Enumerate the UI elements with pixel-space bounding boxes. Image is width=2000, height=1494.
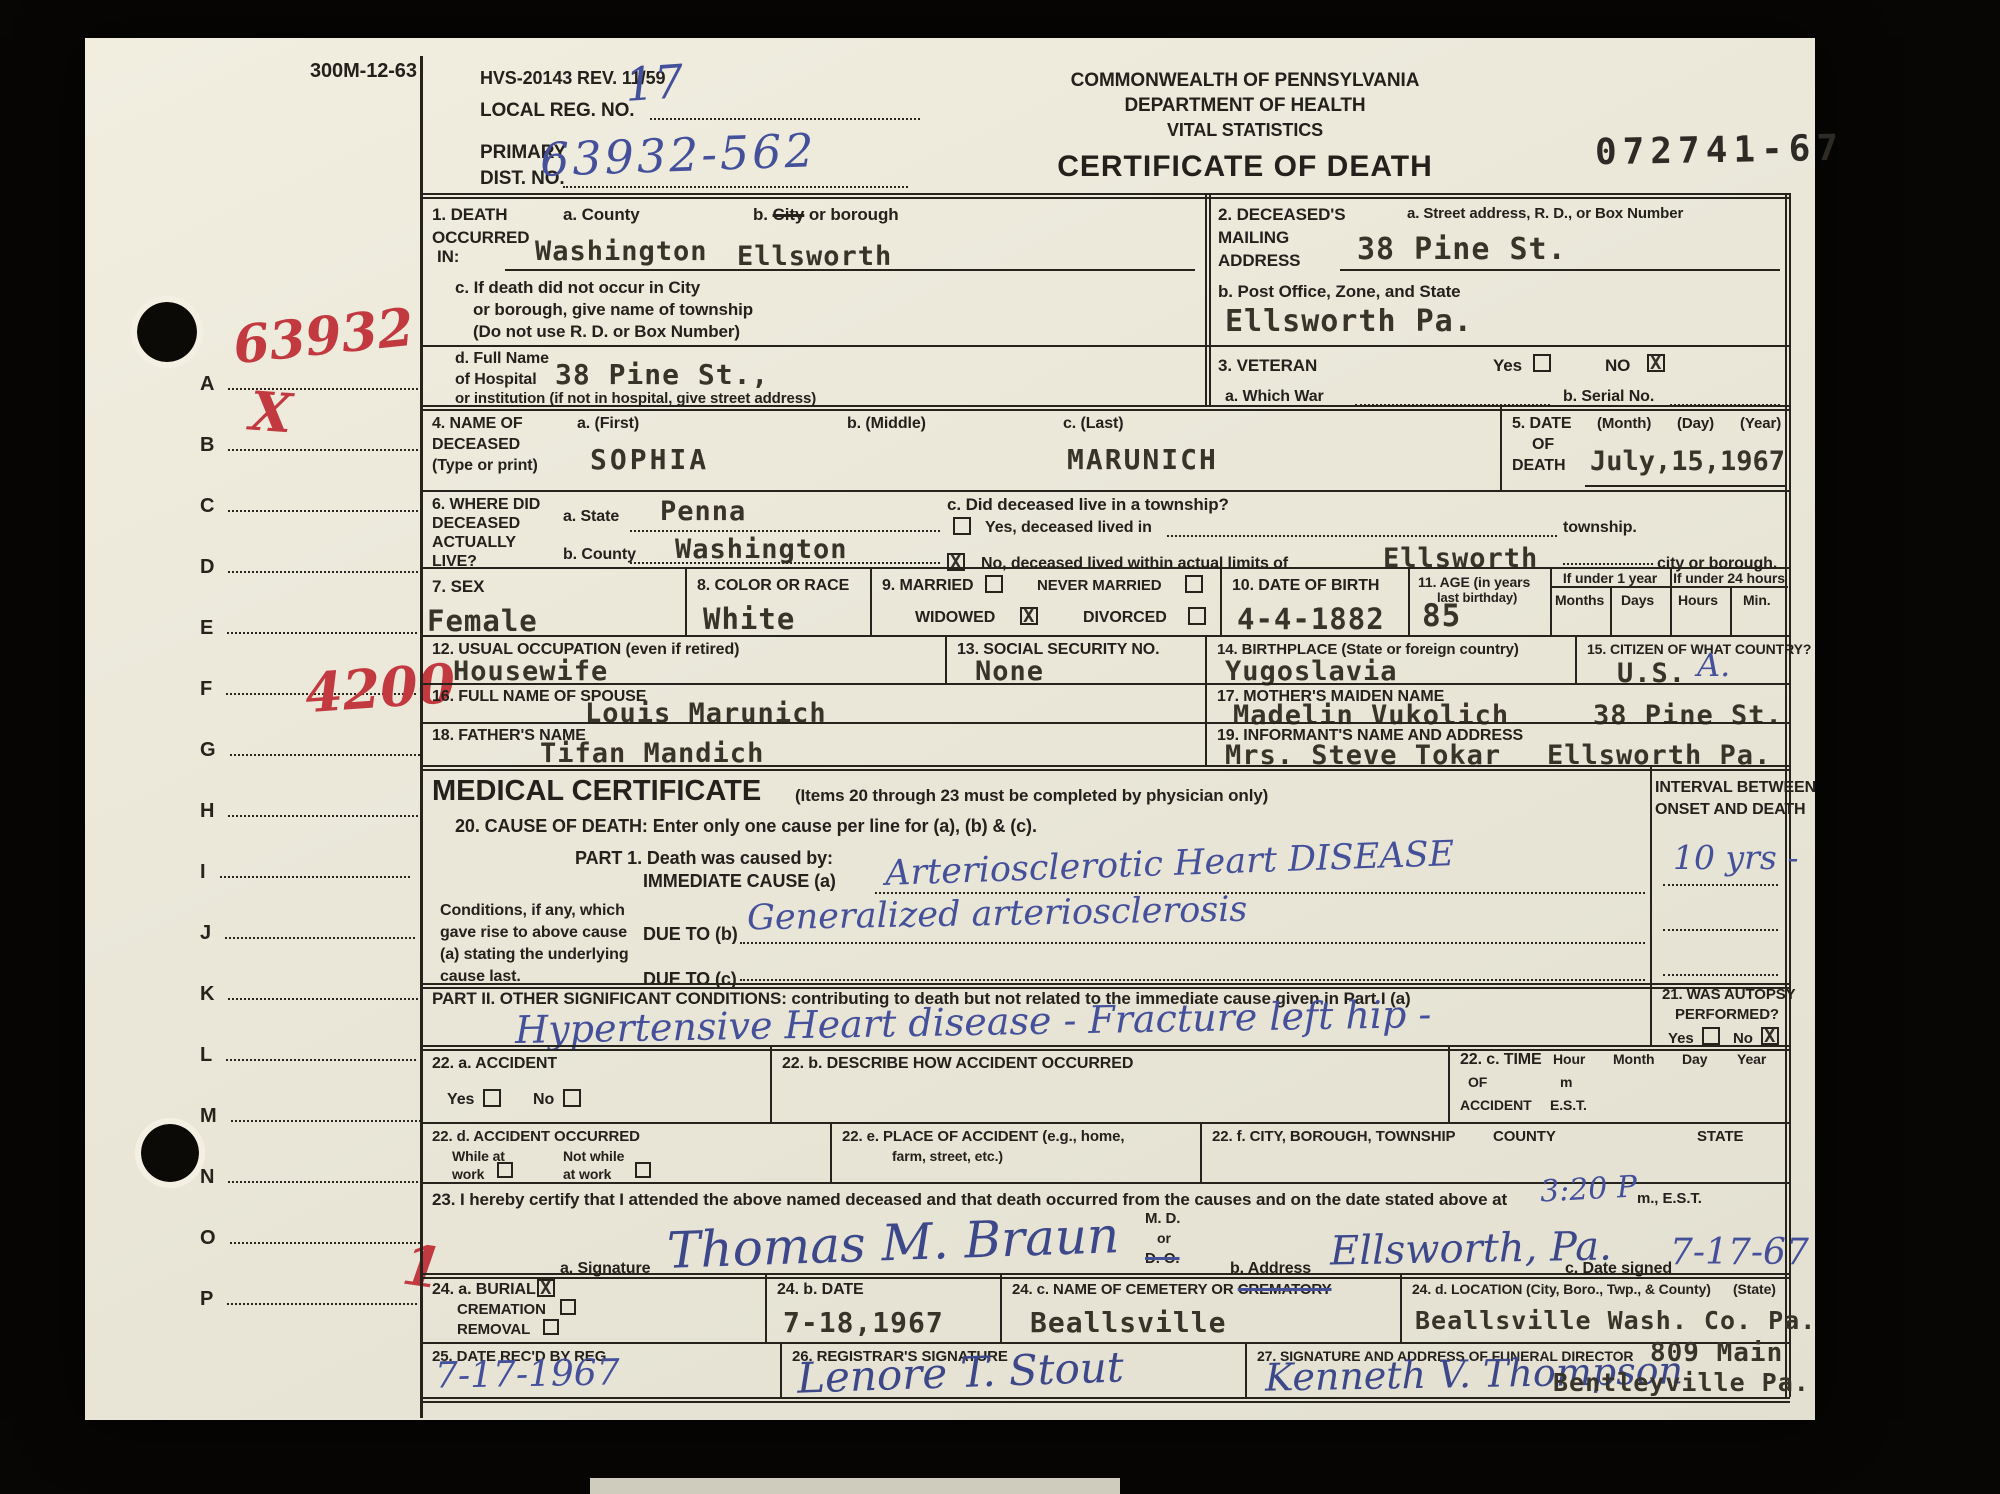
s1-number: 1. DEATH [432, 205, 507, 225]
s2a-label: a. Street address, R. D., or Box Number [1407, 205, 1683, 222]
s1-occurred: OCCURRED [432, 228, 529, 248]
margin-dotted-line [227, 619, 417, 634]
s2-mailing: MAILING [1218, 228, 1289, 248]
autopsy-yes-checkbox [1702, 1027, 1720, 1045]
checkbox-x-mark: X [1023, 605, 1034, 627]
next-page-edge [590, 1478, 1120, 1494]
rule [1408, 567, 1410, 635]
margin-row-m: M [200, 1105, 421, 1128]
s24c-label: 24. c. NAME OF CEMETERY OR CREMATORY [1012, 1281, 1332, 1298]
s22e-label1: 22. e. PLACE OF ACCIDENT (e.g., home, [842, 1128, 1124, 1145]
s2-address: ADDRESS [1218, 251, 1300, 271]
s24-cremation-label: CREMATION [457, 1301, 546, 1318]
rule [420, 490, 1790, 492]
margin-row-a: A [200, 373, 418, 396]
s9-divorced-label: DIVORCED [1083, 609, 1167, 627]
s22b-label: 22. b. DESCRIBE HOW ACCIDENT OCCURRED [782, 1055, 1133, 1073]
s23-time-handwritten: 3:20 P [1539, 1169, 1638, 1209]
s4b-label: b. (Middle) [847, 415, 926, 433]
margin-row-o: O [200, 1227, 420, 1250]
punch-hole-top [137, 302, 197, 362]
s5-year: (Year) [1740, 415, 1781, 432]
dist-no-handwritten: 63932-562 [539, 123, 817, 187]
s3-yes-label: Yes [1493, 356, 1522, 376]
margin-letter: O [200, 1227, 216, 1249]
s20-label: 20. CAUSE OF DEATH: Enter only one cause… [455, 816, 1037, 837]
dotted-line [740, 979, 1645, 981]
s6a-label: a. State [563, 508, 619, 526]
rule [420, 1273, 1790, 1279]
checkbox-x-mark: X [1764, 1025, 1775, 1047]
s1c-line1: c. If death did not occur in City [455, 278, 700, 298]
margin-letter: J [200, 922, 211, 944]
checkbox-x-mark: X [540, 1277, 551, 1299]
margin-letter: H [200, 800, 214, 822]
rule [420, 765, 1790, 771]
margin-letter: F [200, 678, 212, 700]
dotted-line [740, 942, 1645, 944]
s1b-struck-city: City [773, 205, 805, 224]
s24d-label: 24. d. LOCATION (City, Boro., Twp., & Co… [1412, 1281, 1711, 1297]
s22c-month: Month [1613, 1051, 1654, 1067]
s1d-line2: of Hospital [455, 371, 537, 389]
s2-number: 2. DECEASED'S [1218, 205, 1345, 225]
rule [685, 567, 687, 635]
s1c-line2: or borough, give name of township [473, 300, 753, 320]
margin-red-x: X [248, 379, 294, 446]
page-title: CERTIFICATE OF DEATH [965, 150, 1525, 184]
s4-line2: DECEASED [432, 436, 520, 454]
file-number-stamp: 072741-67 [1595, 128, 1845, 173]
s1d-value: 38 Pine St., [555, 358, 769, 391]
s22c-accident: ACCIDENT [1460, 1097, 1532, 1113]
dist-no-dotted-line [563, 186, 908, 188]
s6-line3: ACTUALLY [432, 534, 516, 552]
certificate-paper: 300M-12-63 A B C D E F G H I J K L M N O… [85, 38, 1815, 1420]
s20a-handwritten-cause: Arteriosclerotic Heart DISEASE [884, 834, 1454, 894]
rule [1500, 405, 1502, 490]
s6-yes-text: Yes, deceased lived in [985, 519, 1152, 537]
rule [870, 567, 872, 635]
s22f-county: COUNTY [1493, 1128, 1556, 1145]
s5-line3: DEATH [1512, 457, 1565, 475]
margin-dotted-line [227, 1290, 417, 1305]
s23-date-handwritten: 7-17-67 [1670, 1232, 1809, 1273]
s20-due-b-label: DUE TO (b) [643, 924, 738, 945]
rule [830, 1122, 832, 1182]
widowed-checkbox: X [1020, 607, 1038, 625]
margin-row-j: J [200, 922, 415, 945]
not-while-at-work-checkbox [635, 1162, 651, 1178]
margin-dotted-line [230, 741, 420, 756]
s24d-value: Beallsville Wash. Co. Pa. [1415, 1306, 1816, 1335]
s1a-label: a. County [563, 205, 640, 225]
margin-dotted-line [228, 985, 418, 1000]
s3-no-label: NO [1605, 356, 1630, 376]
margin-row-p: P [200, 1288, 417, 1311]
s22a-label: 22. a. ACCIDENT [432, 1055, 557, 1073]
s15-handwritten-a: A. [1697, 646, 1730, 684]
s1c-line3: (Do not use R. D. or Box Number) [473, 322, 740, 342]
rule [420, 1397, 1790, 1403]
margin-row-e: E [200, 617, 417, 640]
s25-date-handwritten: 7-17-1967 [435, 1352, 620, 1396]
s24-removal-label: REMOVAL [457, 1321, 530, 1338]
dotted-line [1663, 974, 1778, 976]
s22c-day: Day [1682, 1051, 1707, 1067]
s5-month: (Month) [1597, 415, 1651, 432]
checkbox-x-mark: X [1650, 352, 1661, 374]
medical-certificate-subtitle: (Items 20 through 23 must be completed b… [795, 786, 1268, 806]
s22d-label: 22. d. ACCIDENT OCCURRED [432, 1128, 640, 1145]
s23-md: M. D. [1145, 1210, 1180, 1227]
s10-label: 10. DATE OF BIRTH [1232, 577, 1379, 595]
rule [420, 567, 1790, 569]
interval-label-1: INTERVAL BETWEEN [1655, 779, 1790, 797]
margin-row-b: B [200, 434, 418, 457]
agency-block: COMMONWEALTH OF PENNSYLVANIA DEPARTMENT … [965, 70, 1525, 141]
s6a-value: Penna [660, 496, 746, 527]
s4a-label: a. (First) [577, 415, 639, 433]
s20b-handwritten-cause: Generalized arteriosclerosis [747, 890, 1248, 939]
margin-letter: G [200, 739, 216, 761]
registrar-signature: Lenore T. Stout [796, 1342, 1124, 1402]
s22c-label: 22. c. TIME [1460, 1051, 1542, 1069]
margin-dotted-line [230, 1229, 420, 1244]
interval-label-2: ONSET AND DEATH [1655, 801, 1790, 819]
rule [420, 722, 1790, 724]
s1b-pre: b. [753, 205, 768, 224]
margin-letter: D [200, 556, 214, 578]
dotted-line [630, 562, 940, 564]
s24b-value: 7-18,1967 [783, 1306, 944, 1339]
margin-dotted-line [228, 802, 418, 817]
s23-m-est: m., E.S.T. [1637, 1190, 1702, 1207]
s5-value: July,15,1967 [1590, 446, 1785, 477]
s21-label1: 21. WAS AUTOPSY [1662, 986, 1796, 1003]
never-married-checkbox [1185, 575, 1203, 593]
margin-dotted-line [225, 924, 415, 939]
margin-row-l: L [200, 1044, 416, 1067]
s9-married-label: 9. MARRIED [882, 577, 973, 595]
margin-letter: K [200, 983, 214, 1005]
s4-line3: (Type or print) [432, 457, 538, 475]
s7-value: Female [427, 604, 538, 638]
rule [1585, 485, 1785, 487]
rule [1650, 765, 1652, 1045]
department-line: DEPARTMENT OF HEALTH [965, 95, 1525, 117]
rule [1670, 586, 1788, 588]
rule [420, 635, 1790, 637]
s11-value: 85 [1422, 598, 1461, 634]
dotted-line [1663, 884, 1778, 886]
s24a-burial-label: 24. a. BURIAL [432, 1281, 536, 1299]
rule [1205, 193, 1211, 405]
margin-row-c: C [200, 495, 418, 518]
s23-do-struck: D. O. [1145, 1250, 1180, 1267]
s8-value: White [703, 602, 795, 636]
margin-row-k: K [200, 983, 418, 1006]
s4a-value: SOPHIA [590, 443, 709, 476]
s22f-label: 22. f. CITY, BOROUGH, TOWNSHIP [1212, 1128, 1455, 1145]
burial-checkbox: X [537, 1279, 555, 1297]
s22a-yes-label: Yes [447, 1091, 474, 1109]
vital-statistics-line: VITAL STATISTICS [965, 120, 1525, 141]
s23-or: or [1157, 1230, 1171, 1246]
accident-yes-checkbox [483, 1089, 501, 1107]
commonwealth-line: COMMONWEALTH OF PENNSYLVANIA [965, 70, 1525, 92]
s6-no-text: No, deceased lived within actual limits … [981, 555, 1288, 573]
margin-letter: E [200, 617, 213, 639]
margin-letter: A [200, 373, 214, 395]
s24c-struck-crematory: CREMATORY [1238, 1281, 1332, 1298]
margin-dotted-line [228, 497, 418, 512]
s20-cond1: Conditions, if any, which [440, 902, 625, 920]
local-reg-label: LOCAL REG. NO. [480, 100, 634, 122]
s4c-label: c. (Last) [1063, 415, 1123, 433]
margin-dotted-line [226, 1046, 416, 1061]
interval-handwritten: 10 yrs - [1673, 838, 1798, 877]
rule [780, 1342, 782, 1397]
dotted-line [1167, 535, 1557, 537]
rule [1550, 586, 1670, 588]
rule [1340, 269, 1780, 271]
s6-township: township. [1563, 519, 1637, 537]
s22c-m: m [1560, 1074, 1572, 1090]
s20-cond2: gave rise to above cause [440, 924, 627, 942]
s1b-post: or borough [809, 205, 899, 224]
margin-dotted-line [220, 863, 410, 878]
physician-signature: Thomas M. Braun [666, 1206, 1120, 1280]
margin-letter: M [200, 1105, 217, 1127]
margin-row-i: I [200, 861, 410, 884]
rule [505, 269, 1195, 271]
rule [1220, 567, 1222, 635]
s27-address-line2: Bentleyville Pa. [1553, 1368, 1810, 1397]
s22c-est: E.S.T. [1550, 1097, 1587, 1113]
rule [420, 193, 1790, 199]
s22d-at-work: at work [563, 1166, 611, 1182]
margin-dotted-line [228, 558, 418, 573]
local-reg-handwritten: 17 [623, 54, 685, 112]
s1b-value: Ellsworth [737, 241, 892, 272]
rule [1448, 1045, 1450, 1122]
married-checkbox [985, 575, 1003, 593]
s20-part1: PART 1. Death was caused by: [575, 848, 833, 869]
accident-no-checkbox [563, 1089, 581, 1107]
s24c-pre: 24. c. NAME OF CEMETERY OR [1012, 1281, 1234, 1298]
margin-dotted-line [228, 1168, 418, 1183]
s7-label: 7. SEX [432, 577, 484, 597]
s3a-label: a. Which War [1225, 388, 1324, 406]
margin-letter: N [200, 1166, 214, 1188]
s2a-value: 38 Pine St. [1357, 232, 1567, 267]
rule [420, 683, 1790, 685]
rule [1575, 635, 1577, 683]
s11-under1yr: If under 1 year [1550, 570, 1670, 586]
s22f-state: STATE [1697, 1128, 1743, 1145]
margin-letter: L [200, 1044, 212, 1066]
margin-row-g: G [200, 739, 420, 762]
s11-label: 11. AGE (in years [1418, 574, 1530, 590]
rule [420, 405, 1790, 411]
s1-in: IN: [437, 247, 459, 267]
medical-certificate-title: MEDICAL CERTIFICATE [432, 775, 761, 808]
s11-days: Days [1621, 592, 1654, 608]
s2b-value: Ellsworth Pa. [1225, 304, 1473, 339]
s21-label2: PERFORMED? [1675, 1006, 1779, 1023]
s24b-label: 24. b. DATE [777, 1281, 864, 1299]
s17-extra-address: 38 Pine St. [1593, 700, 1783, 731]
margin-letter: B [200, 434, 214, 456]
rule [1200, 1122, 1202, 1182]
veteran-no-checkbox: X [1647, 354, 1665, 372]
margin-dotted-line [231, 1107, 421, 1122]
rule [1730, 586, 1732, 635]
s5-day: (Day) [1677, 415, 1714, 432]
rule [1610, 586, 1612, 635]
s5-line1: 5. DATE [1512, 415, 1571, 433]
margin-red-number-a: 63932 [230, 297, 416, 377]
s22c-of: OF [1468, 1074, 1487, 1090]
s23-certify-text: 23. I hereby certify that I attended the… [432, 1190, 1507, 1210]
dotted-line [1663, 929, 1778, 931]
s4-line1: 4. NAME OF [432, 415, 523, 433]
s1a-value: Washington [535, 236, 708, 267]
s1d-line1: d. Full Name [455, 350, 549, 368]
rule [945, 635, 947, 683]
cremation-checkbox [560, 1299, 576, 1315]
s8-label: 8. COLOR OR RACE [697, 577, 849, 595]
rule [765, 1273, 767, 1342]
s6-line1: 6. WHERE DID [432, 496, 540, 514]
rule [1205, 683, 1207, 765]
margin-letter: I [200, 861, 206, 883]
divorced-checkbox [1188, 607, 1206, 625]
s6b-label: b. County [563, 546, 636, 564]
township-yes-checkbox [953, 517, 971, 535]
s6b-value: Washington [675, 534, 848, 565]
rule [1000, 1273, 1002, 1342]
dotted-line [630, 530, 940, 532]
s11-months: Months [1555, 592, 1604, 608]
dotted-line [1563, 563, 1653, 565]
s11-hours: Hours [1678, 592, 1718, 608]
margin-letter: C [200, 495, 214, 517]
veteran-yes-checkbox [1533, 354, 1551, 372]
rule [770, 1045, 772, 1122]
form-left-border [420, 56, 423, 1418]
s6-no-value: Ellsworth [1383, 543, 1538, 574]
while-at-work-checkbox [497, 1162, 513, 1178]
punch-hole-bottom [141, 1124, 199, 1182]
rule [1245, 1342, 1247, 1397]
s20-cond3: (a) stating the underlying [440, 946, 629, 964]
s11-min: Min. [1743, 592, 1771, 608]
s24d-state-label: (State) [1733, 1281, 1776, 1297]
autopsy-no-checkbox: X [1761, 1027, 1779, 1045]
margin-row-n: N [200, 1166, 418, 1189]
margin-row-h: H [200, 800, 418, 823]
s6c-label: c. Did deceased live in a township? [947, 495, 1229, 515]
s22c-year: Year [1737, 1051, 1766, 1067]
rule [1205, 635, 1207, 683]
s11-under24h: If under 24 hours [1670, 570, 1788, 586]
s24c-value: Beallsville [1030, 1306, 1226, 1339]
removal-checkbox [543, 1319, 559, 1335]
s22e-label2: farm, street, etc.) [892, 1148, 1003, 1164]
s10-value: 4-4-1882 [1237, 602, 1385, 636]
s1b-label: b. City or borough [753, 205, 899, 225]
s9-widowed-label: WIDOWED [915, 609, 995, 627]
margin-print-code: 300M-12-63 [310, 60, 417, 83]
s22c-hour: Hour [1553, 1051, 1585, 1067]
s20-immediate-label: IMMEDIATE CAUSE (a) [643, 871, 836, 892]
rule [420, 345, 1790, 347]
s6-line2: DECEASED [432, 515, 520, 533]
margin-row-d: D [200, 556, 418, 579]
checkbox-x-mark: X [950, 551, 961, 573]
local-reg-dotted-line [650, 118, 920, 120]
s22d-work: work [452, 1166, 484, 1182]
s16-value: Louis Marunich [585, 698, 827, 729]
s27-address-line1: 809 Main [1650, 1338, 1783, 1368]
s3b-label: b. Serial No. [1563, 388, 1654, 406]
s22d-not-while: Not while [563, 1148, 624, 1164]
s22a-no-label: No [533, 1091, 554, 1109]
s2b-label: b. Post Office, Zone, and State [1218, 282, 1461, 302]
s3-number: 3. VETERAN [1218, 356, 1317, 376]
s4c-value: MARUNICH [1067, 443, 1218, 476]
s9-never-label: NEVER MARRIED [1037, 577, 1162, 594]
rule [420, 1122, 1790, 1124]
rule [1400, 1273, 1402, 1342]
s5-line2: OF [1532, 436, 1554, 454]
margin-letter: P [200, 1288, 213, 1310]
